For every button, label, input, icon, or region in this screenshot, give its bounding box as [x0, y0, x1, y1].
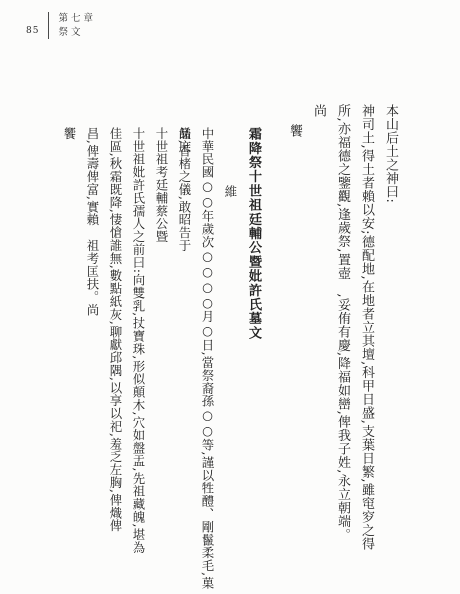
text-column: 神司土,得土者賴以安;德配地,在地者立其壇,科甲日盛,支葉日繁,雖窀穸之得	[354, 104, 378, 592]
text-column: 饈,香楮之儀,敢昭告于	[173, 127, 196, 592]
text-column-ancestor-male: 十世祖考廷輔蔡公暨	[150, 127, 173, 592]
page-number: 85	[26, 16, 39, 36]
text-column-xiang: 饗	[282, 104, 306, 592]
text-column-ancestor-female: 十世祖妣許氏孺人之前曰:向雙乳,扙寶珠,形似顛木,穴如盤盂,先祖藏魄,堪為	[127, 127, 150, 592]
ritual-title: 霜降祭十世祖廷輔公暨妣許氏墓文	[242, 127, 265, 592]
header-divider-rule	[48, 12, 49, 39]
chapter-block: 第七章 祭文	[58, 12, 96, 40]
text-column: 佳區,秋霜既降,悽愴誰無,數點紙灰,聊獻邱隅,以享以祀,羞乏左胸,俾熾俾	[104, 127, 127, 592]
text-column-xiang: 饗	[58, 127, 81, 592]
earth-god-ritual-text: 本山后土之神曰: 神司土,得土者賴以安;德配地,在地者立其壇,科甲日盛,支葉日繁…	[282, 104, 402, 592]
text-column-shang: 尚	[306, 104, 330, 592]
running-head: 85 第七章 祭文	[26, 12, 96, 40]
text-column: 本山后土之神曰:	[378, 104, 402, 592]
text-column: 中華民國○○年歲次○○○○月○日,當祭裔孫○○等,謹以牲醴、剛鬣柔毛,菓品庶	[196, 127, 219, 592]
section-title-label: 祭文	[58, 26, 96, 40]
frost-descent-grave-ritual-text: 霜降祭十世祖廷輔公暨妣許氏墓文 維 中華民國○○年歲次○○○○月○日,當祭裔孫○…	[58, 127, 265, 592]
chapter-label: 第七章	[58, 12, 96, 26]
text-column-wei: 維	[219, 127, 242, 592]
book-page: 85 第七章 祭文 本山后土之神曰: 神司土,得土者賴以安;德配地,在地者立其壇…	[0, 0, 460, 594]
text-column: 所,亦福德之鑒觀,逢歲祭,置壺 ,妥侑有慶,降福如巒,俾我子姓,永立朝端。	[330, 104, 354, 592]
text-column: 昌,俾壽俾富,實賴 祖考匡扶。尚	[81, 127, 104, 592]
